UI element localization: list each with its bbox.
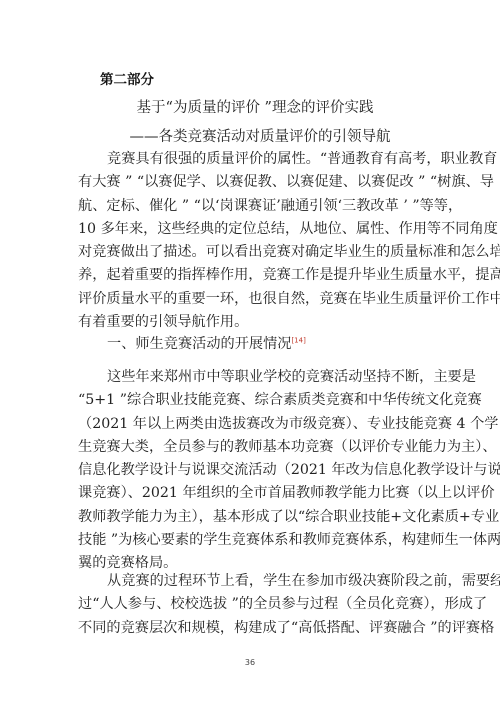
text-line: 教师教学能力为主），基本形成了以“综合职业技能+文化素质+专业 — [78, 506, 424, 529]
section-heading-text: 一、师生竞赛活动的开展情况 — [107, 336, 291, 352]
paragraph-3: 从竞赛的过程环节上看，学生在参加市级决赛阶段之前，需要经 过“人人参与、校校选拔… — [78, 570, 424, 640]
text-line: 课竞赛）、2021 年组织的全市首届教师教学能力比赛（以上以评价 — [78, 482, 424, 505]
document-page: 第二部分 基于“为质量的评价 ”理念的评价实践 ——各类竞赛活动对质量评价的引领… — [0, 0, 500, 707]
text-line: 养，起着重要的指挥棒作用，竞赛工作是提升毕业生质量水平，提高 — [78, 264, 424, 287]
text-line: 有着重要的引领导航作用。 — [78, 311, 424, 334]
text-line: 从竞赛的过程环节上看，学生在参加市级决赛阶段之前，需要经 — [78, 570, 424, 593]
paragraph-1: 竞赛具有很强的质量评价的属性。“普通教育有高考，职业教育 有大赛 ” “以赛促学… — [78, 148, 424, 334]
text-line: 航、定标、催化 ” “以‘岗课赛证’融通引领‘三教改革 ’ ”等等， — [78, 195, 424, 218]
text-line: （2021 年以上两类由选拔赛改为市级竞赛）、专业技能竞赛 4 个学 — [78, 413, 424, 436]
paragraph-2: 这些年来郑州市中等职业学校的竞赛活动坚持不断，主要是 “5+1 ”综合职业技能竞… — [78, 366, 424, 576]
citation-reference[interactable]: [14] — [291, 336, 305, 344]
document-title: 基于“为质量的评价 ”理念的评价实践 — [0, 96, 500, 117]
text-line: 这些年来郑州市中等职业学校的竞赛活动坚持不断，主要是 — [78, 366, 424, 389]
text-line: 评价质量水平的重要一环，也很自然，竞赛在毕业生质量评价工作中 — [78, 288, 424, 311]
page-number: 36 — [0, 658, 500, 667]
text-line: “5+1 ”综合职业技能竞赛、综合素质类竞赛和中华传统文化竞赛 — [78, 389, 424, 412]
section-label: 第二部分 — [100, 68, 154, 88]
text-line: 不同的竞赛层次和规模，构建成了“高低搭配、评赛融合 ”的评赛格 — [78, 617, 424, 640]
document-subtitle: ——各类竞赛活动对质量评价的引领导航 — [0, 125, 500, 146]
text-line: 过“人人参与、校校选拔 ”的全员参与过程（全员化竞赛），形成了 — [78, 593, 424, 616]
text-line: 对竞赛做出了描述。可以看出竞赛对确定毕业生的质量标准和怎么培 — [78, 241, 424, 264]
text-line: 生竞赛大类，全员参与的教师基本功竞赛（以评价专业能力为主）、 — [78, 436, 424, 459]
text-line: 10 多年来，这些经典的定位总结，从地位、属性、作用等不同角度 — [78, 218, 424, 241]
text-line: 有大赛 ” “以赛促学、以赛促教、以赛促建、以赛促改 ” “树旗、导 — [78, 171, 424, 194]
text-line: 技能 ”为核心要素的学生竞赛体系和教师竞赛体系，构建师生一体两 — [78, 529, 424, 552]
text-line: 信息化教学设计与说课交流活动（2021 年改为信息化教学设计与说 — [78, 459, 424, 482]
section-heading: 一、师生竞赛活动的开展情况[14] — [107, 333, 306, 353]
text-line: 竞赛具有很强的质量评价的属性。“普通教育有高考，职业教育 — [78, 148, 424, 171]
